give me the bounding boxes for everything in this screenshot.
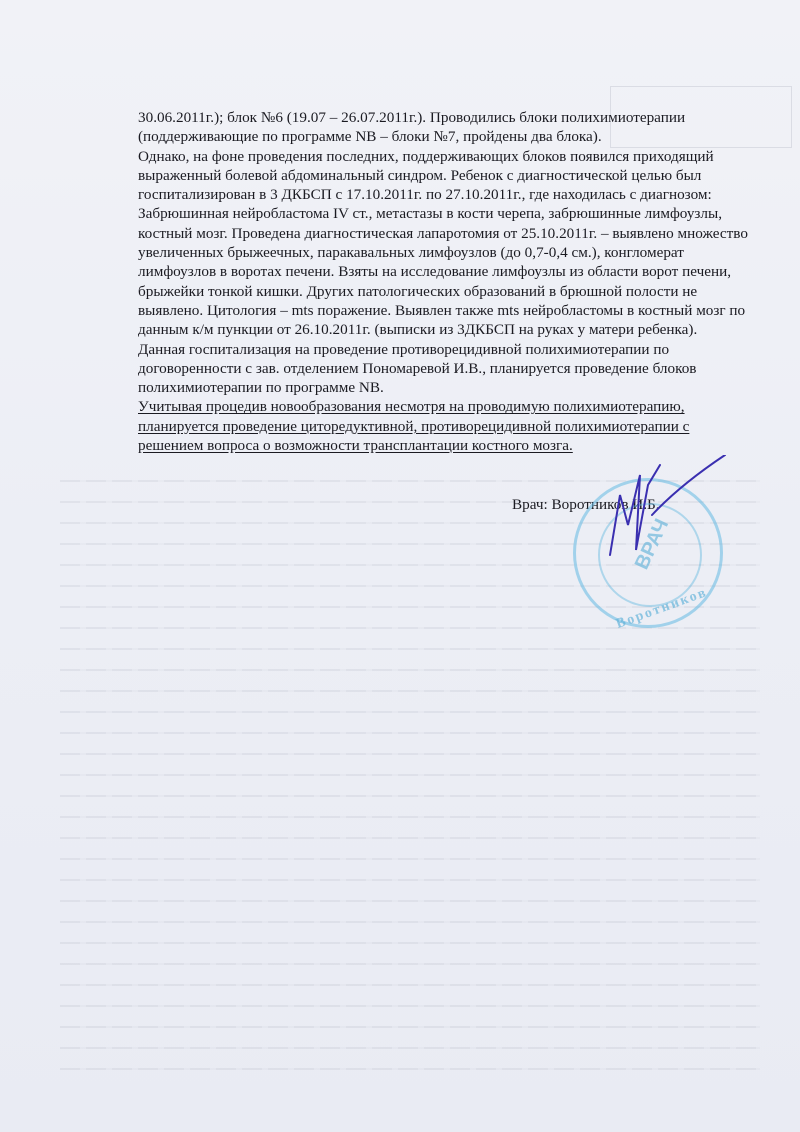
paragraph-current-hospitalization: Данная госпитализация на проведение прот…	[138, 340, 758, 398]
document-body: 30.06.2011г.); блок №6 (19.07 – 26.07.20…	[138, 108, 758, 455]
paragraph-conclusion: Учитывая процедив новообразования несмот…	[138, 397, 758, 455]
paragraph-hospitalization-history: Однако, на фоне проведения последних, по…	[138, 147, 758, 340]
handwritten-signature-icon	[590, 455, 730, 565]
scanned-page: 30.06.2011г.); блок №6 (19.07 – 26.07.20…	[0, 0, 800, 1132]
paragraph-treatment-blocks: 30.06.2011г.); блок №6 (19.07 – 26.07.20…	[138, 108, 758, 147]
